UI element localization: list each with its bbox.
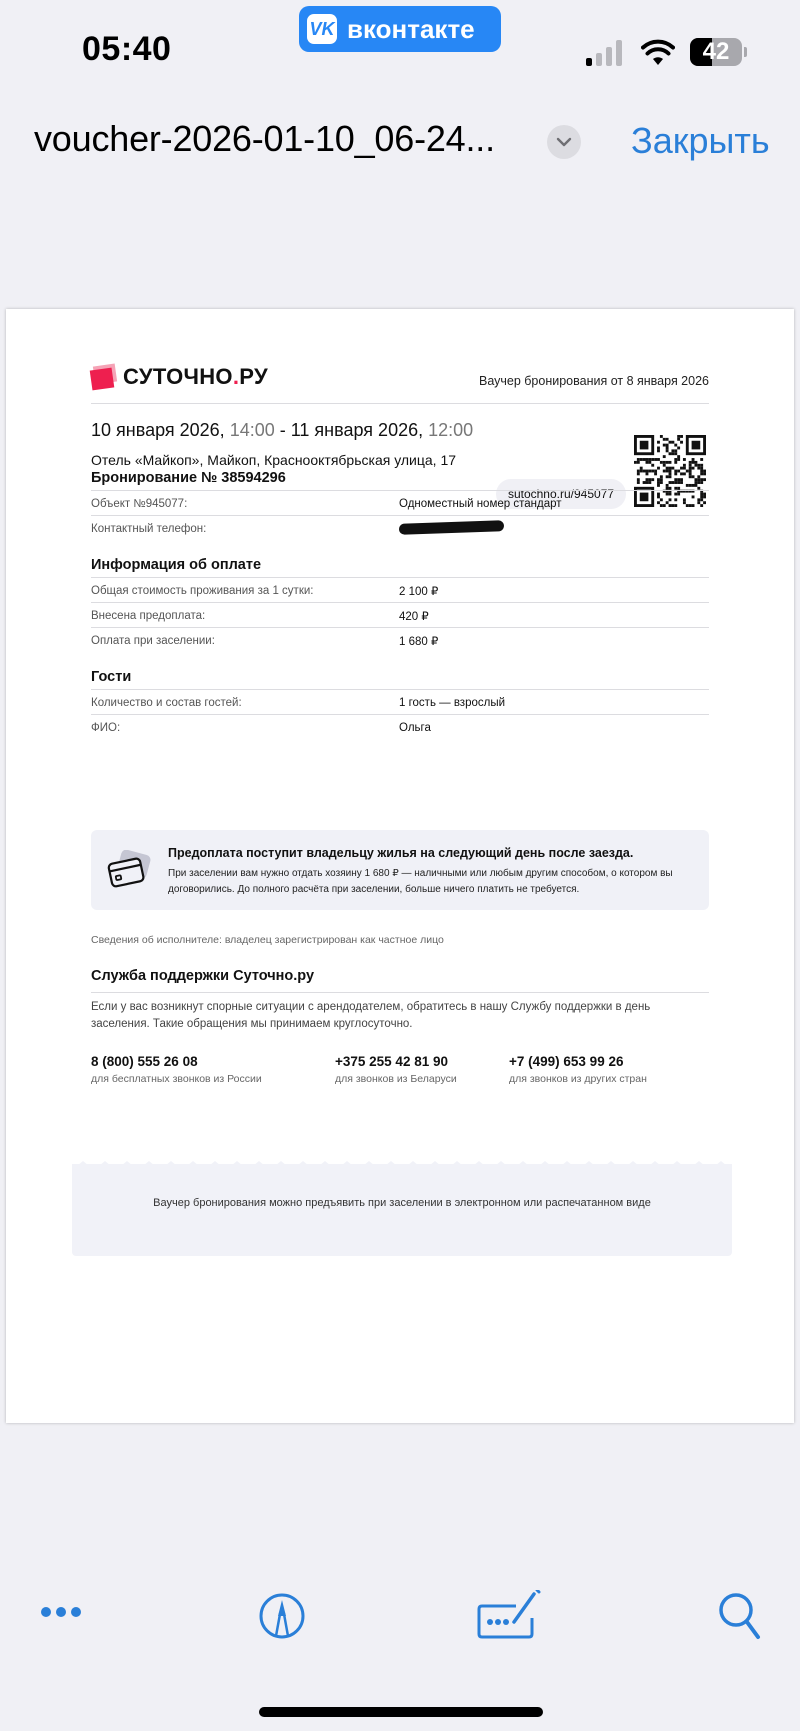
back-to-app-button[interactable]: VK вконтакте bbox=[299, 6, 501, 52]
file-name[interactable]: voucher-2026-01-10_06-24... bbox=[34, 118, 495, 160]
brand-logo: СУТОЧНО.РУ bbox=[91, 364, 268, 390]
table-row: ФИО:Ольга bbox=[91, 714, 709, 741]
row-label: ФИО: bbox=[91, 722, 399, 734]
cellular-signal-icon bbox=[586, 40, 624, 66]
footer-note-box: Ваучер бронирования можно предъявить при… bbox=[72, 1164, 732, 1256]
vk-logo-icon: VK bbox=[307, 14, 337, 44]
redacted-phone bbox=[399, 520, 504, 535]
divider bbox=[91, 992, 709, 993]
row-value: Одноместный номер стандарт bbox=[399, 498, 562, 510]
search-icon[interactable] bbox=[718, 1592, 764, 1642]
battery-icon: 42 bbox=[690, 38, 742, 66]
table-row: Объект №945077:Одноместный номер стандар… bbox=[91, 490, 709, 517]
brand-name: СУТОЧНО.РУ bbox=[123, 364, 268, 390]
booking-title: Бронирование № 38594296 bbox=[91, 470, 286, 486]
footer-note: Ваучер бронирования можно предъявить при… bbox=[72, 1197, 732, 1209]
close-button[interactable]: Закрыть bbox=[631, 120, 770, 162]
more-icon[interactable] bbox=[40, 1605, 82, 1619]
row-label: Объект №945077: bbox=[91, 498, 399, 510]
table-row: Общая стоимость проживания за 1 сутки:2 … bbox=[91, 577, 709, 604]
status-time: 05:40 bbox=[82, 30, 171, 69]
file-menu-button[interactable] bbox=[547, 125, 581, 159]
row-value: 2 100 ₽ bbox=[399, 584, 438, 598]
voucher-date: Ваучер бронирования от 8 января 2026 bbox=[479, 374, 709, 388]
torn-edge bbox=[72, 1158, 732, 1170]
logo-mark-icon bbox=[91, 365, 117, 389]
table-row: Внесена предоплата:420 ₽ bbox=[91, 602, 709, 629]
row-label: Количество и состав гостей: bbox=[91, 697, 399, 709]
support-description: Если у вас возникнут спорные ситуации с … bbox=[91, 999, 691, 1033]
table-row: Количество и состав гостей:1 гость — взр… bbox=[91, 689, 709, 716]
guests-title: Гости bbox=[91, 669, 131, 685]
credit-card-icon bbox=[107, 850, 153, 890]
row-label: Оплата при заселении: bbox=[91, 635, 399, 647]
notice-title: Предоплата поступит владельцу жилья на с… bbox=[168, 846, 633, 860]
markup-icon[interactable] bbox=[258, 1592, 306, 1640]
stay-dates: 10 января 2026, 14:00 - 11 января 2026, … bbox=[91, 420, 473, 441]
row-value bbox=[399, 522, 504, 536]
notice-text: При заселении вам нужно отдать хозяину 1… bbox=[168, 866, 698, 898]
support-phone-other[interactable]: +7 (499) 653 99 26 для звонков из других… bbox=[509, 1054, 647, 1085]
row-value: Ольга bbox=[399, 722, 431, 734]
support-title: Служба поддержки Суточно.ру bbox=[91, 968, 314, 984]
back-app-label: вконтакте bbox=[347, 14, 475, 45]
chevron-down-icon bbox=[556, 137, 572, 147]
battery-percent: 42 bbox=[690, 38, 742, 66]
battery-cap bbox=[744, 47, 747, 57]
payment-title: Информация об оплате bbox=[91, 557, 261, 573]
property-address: Отель «Майкоп», Майкоп, Краснооктябрьска… bbox=[91, 449, 471, 471]
table-row: Контактный телефон: bbox=[91, 515, 709, 542]
row-label: Внесена предоплата: bbox=[91, 610, 399, 622]
row-label: Общая стоимость проживания за 1 сутки: bbox=[91, 585, 399, 597]
row-value: 420 ₽ bbox=[399, 609, 429, 623]
row-value: 1 680 ₽ bbox=[399, 634, 438, 648]
fill-and-sign-icon[interactable] bbox=[476, 1590, 546, 1640]
divider bbox=[91, 403, 709, 404]
home-indicator[interactable] bbox=[259, 1707, 543, 1717]
table-row: Оплата при заселении:1 680 ₽ bbox=[91, 627, 709, 654]
row-label: Контактный телефон: bbox=[91, 523, 399, 535]
document-page[interactable]: СУТОЧНО.РУ Ваучер бронирования от 8 янва… bbox=[6, 309, 794, 1423]
executor-info: Сведения об исполнителе: владелец зареги… bbox=[91, 934, 444, 946]
wifi-icon bbox=[641, 38, 675, 66]
prepayment-notice: Предоплата поступит владельцу жилья на с… bbox=[91, 830, 709, 910]
support-phone-belarus[interactable]: +375 255 42 81 90 для звонков из Беларус… bbox=[335, 1054, 457, 1085]
row-value: 1 гость — взрослый bbox=[399, 697, 505, 709]
support-phone-russia[interactable]: 8 (800) 555 26 08 для бесплатных звонков… bbox=[91, 1054, 262, 1085]
